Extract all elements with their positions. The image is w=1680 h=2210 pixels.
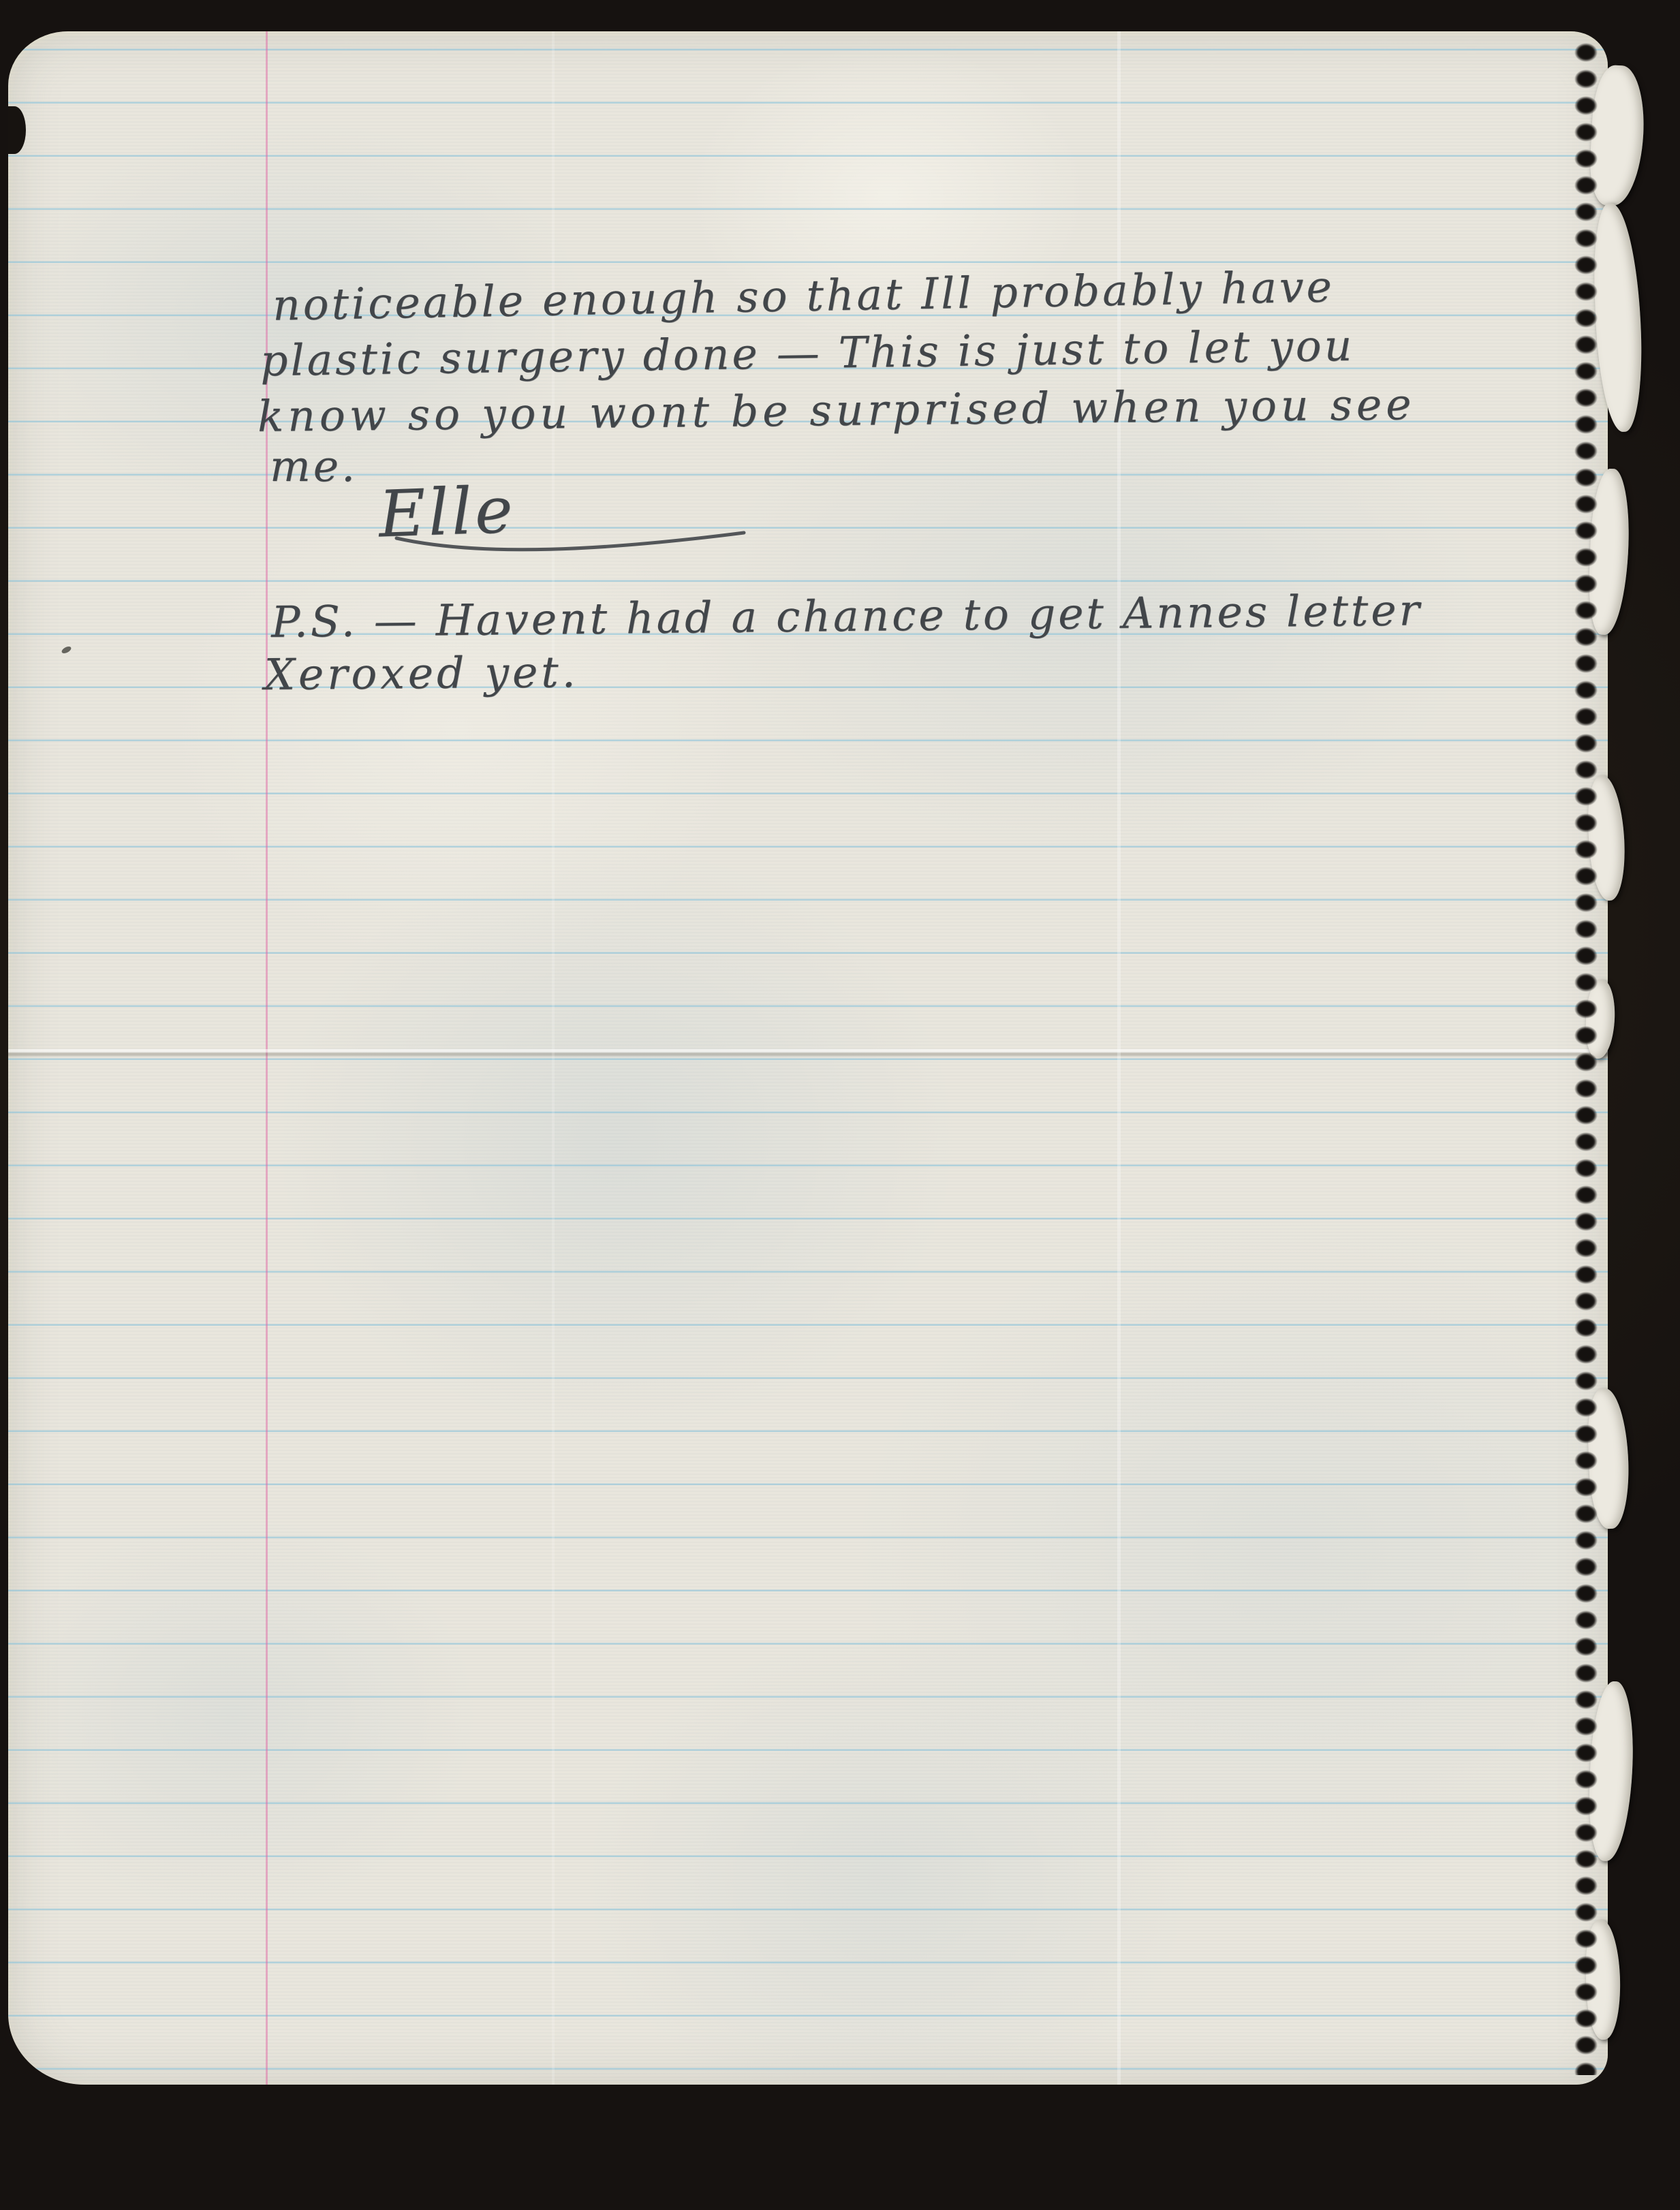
- postscript-line-2: Xeroxed yet.: [264, 647, 579, 700]
- spiral-binding-holes: [1568, 40, 1604, 2075]
- signature-flourish: [394, 526, 748, 560]
- handwriting-line-4: me.: [270, 441, 358, 491]
- scanned-letter-page: noticeable enough so that Ill probably h…: [0, 0, 1680, 2210]
- fold-crease-horizontal: [8, 1049, 1608, 1057]
